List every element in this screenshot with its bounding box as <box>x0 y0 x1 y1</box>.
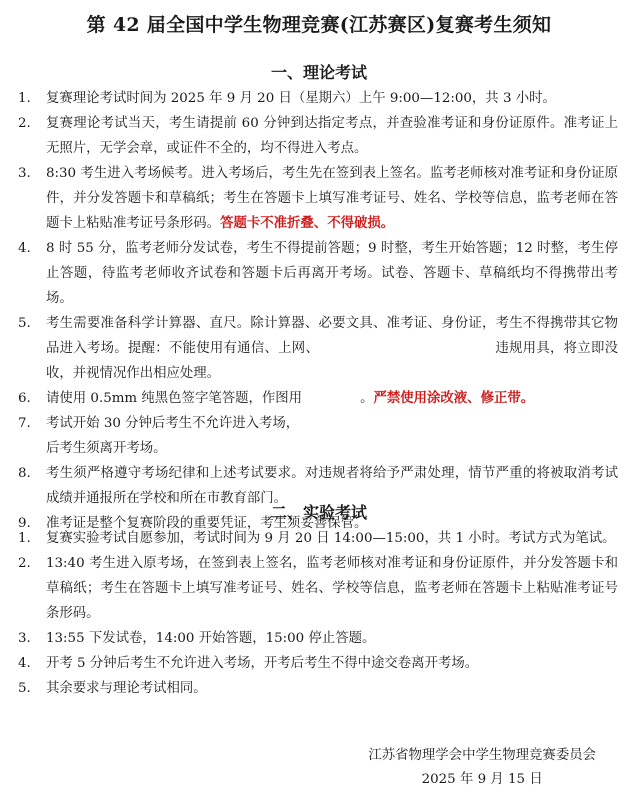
signature-date: 2025 年 9 月 15 日 <box>368 768 596 792</box>
item-number: 4. <box>18 236 46 311</box>
item-number: 1. <box>18 526 46 551</box>
item-number: 3. <box>18 626 46 651</box>
item-number: 2. <box>18 111 46 161</box>
item-text: 考试开始 30 分钟后考生不允许进入考场，后考生须离开考场。 <box>46 411 618 461</box>
item-text-line1: 考试开始 30 分钟后考生不允许进入考场， <box>46 416 299 431</box>
item-text: 复赛实验考试自愿参加，考试时间为 9 月 20 日 14:00—15:00，共 … <box>46 526 618 551</box>
item-number: 4. <box>18 651 46 676</box>
item-text: 复赛理论考试时间为 2025 年 9 月 20 日（星期六）上午 9:00—12… <box>46 86 618 111</box>
list-item: 4. 开考 5 分钟后考生不允许进入考场，开考后考生不得中途交卷离开考场。 <box>18 651 618 676</box>
list-item: 5. 其余要求与理论考试相同。 <box>18 676 618 701</box>
item-text: 其余要求与理论考试相同。 <box>46 676 618 701</box>
theory-list: 1. 复赛理论考试时间为 2025 年 9 月 20 日（星期六）上午 9:00… <box>18 86 618 536</box>
item-number: 5. <box>18 676 46 701</box>
item-text: 请使用 0.5mm 纯黑色签字笔答题，作图用。严禁使用涂改液、修正带。 <box>46 386 618 411</box>
section-heading-theory: 一、理论考试 <box>0 60 638 83</box>
list-item: 1. 复赛实验考试自愿参加，考试时间为 9 月 20 日 14:00—15:00… <box>18 526 618 551</box>
signature-block: 江苏省物理学会中学生物理竞赛委员会 2025 年 9 月 15 日 <box>368 744 596 792</box>
list-item: 1. 复赛理论考试时间为 2025 年 9 月 20 日（星期六）上午 9:00… <box>18 86 618 111</box>
item-text: 13:55 下发试卷，14:00 开始答题，15:00 停止答题。 <box>46 626 618 651</box>
emphasis-warning: 答题卡不准折叠、不得破损。 <box>220 215 394 231</box>
list-item: 5. 考生需要准备科学计算器、直尺。除计算器、必要文具、准考证、身份证，考生不得… <box>18 311 618 386</box>
item-text: 复赛理论考试当天，考生请提前 60 分钟到达指定考点，并查验准考证和身份证原件。… <box>46 111 618 161</box>
item-number: 7. <box>18 411 46 461</box>
item-text: 8:30 考生进入考场候考。进入考场后，考生先在签到表上签名。监考老师核对准考证… <box>46 161 618 236</box>
item-text: 开考 5 分钟后考生不允许进入考场，开考后考生不得中途交卷离开考场。 <box>46 651 618 676</box>
list-item: 6. 请使用 0.5mm 纯黑色签字笔答题，作图用。严禁使用涂改液、修正带。 <box>18 386 618 411</box>
item-number: 2. <box>18 551 46 626</box>
item-number: 6. <box>18 386 46 411</box>
list-item: 7. 考试开始 30 分钟后考生不允许进入考场，后考生须离开考场。 <box>18 411 618 461</box>
emphasis-warning: 严禁使用涂改液、修正带。 <box>373 390 534 406</box>
list-item: 4. 8 时 55 分，监考老师分发试卷，考生不得提前答题；9 时整，考生开始答… <box>18 236 618 311</box>
list-item: 2. 复赛理论考试当天，考生请提前 60 分钟到达指定考点，并查验准考证和身份证… <box>18 111 618 161</box>
section-heading-experiment: 二、实验考试 <box>0 500 638 523</box>
item-number: 3. <box>18 161 46 236</box>
item-text: 8 时 55 分，监考老师分发试卷，考生不得提前答题；9 时整，考生开始答题；1… <box>46 236 618 311</box>
item-text-punct: 。 <box>360 391 373 406</box>
document-title: 第 42 届全国中学生物理竞赛(江苏赛区)复赛考生须知 <box>0 10 638 37</box>
item-number: 5. <box>18 311 46 386</box>
item-text-line2: 后考生须离开考场。 <box>46 441 167 456</box>
experiment-list: 1. 复赛实验考试自愿参加，考试时间为 9 月 20 日 14:00—15:00… <box>18 526 618 701</box>
item-number: 1. <box>18 86 46 111</box>
item-text-main: 请使用 0.5mm 纯黑色签字笔答题，作图用 <box>46 391 302 406</box>
item-text: 13:40 考生进入原考场，在签到表上签名，监考老师核对准考证和身份证原件，并分… <box>46 551 618 626</box>
item-text: 考生需要准备科学计算器、直尺。除计算器、必要文具、准考证、身份证，考生不得携带其… <box>46 311 618 386</box>
list-item: 2. 13:40 考生进入原考场，在签到表上签名，监考老师核对准考证和身份证原件… <box>18 551 618 626</box>
list-item: 3. 8:30 考生进入考场候考。进入考场后，考生先在签到表上签名。监考老师核对… <box>18 161 618 236</box>
signature-org: 江苏省物理学会中学生物理竞赛委员会 <box>368 744 596 768</box>
list-item: 3. 13:55 下发试卷，14:00 开始答题，15:00 停止答题。 <box>18 626 618 651</box>
